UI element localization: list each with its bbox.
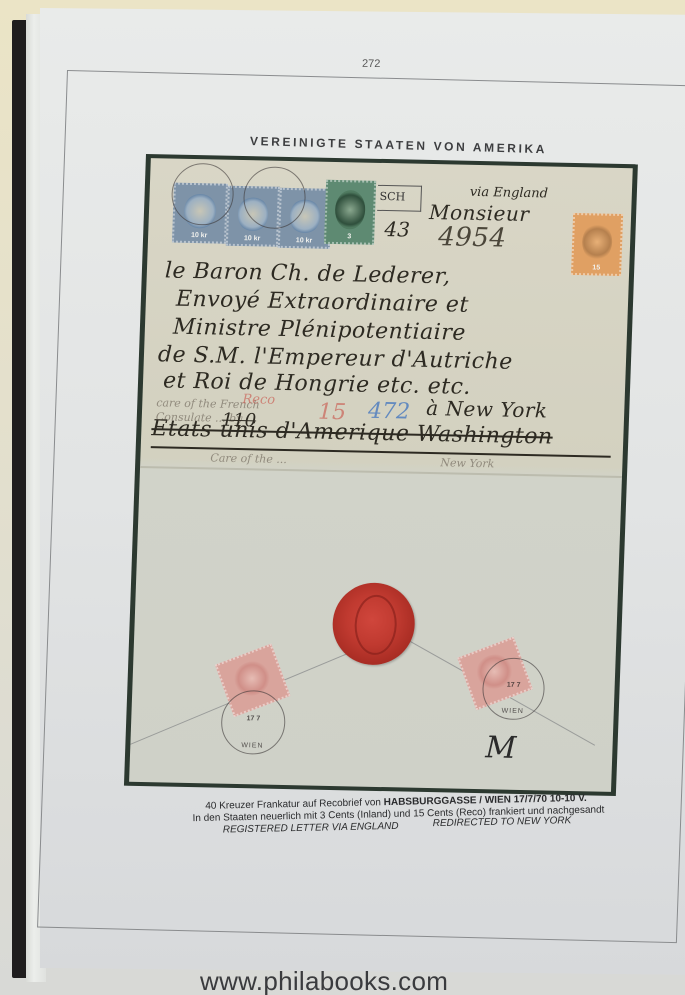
address-line-2: Envoyé Extraordinaire et xyxy=(176,287,470,318)
address-number: 4954 xyxy=(438,222,507,253)
postal-cover: 10 kr 10 kr 10 kr 3 15 SCH 43 via Englan… xyxy=(129,158,633,792)
stamp-usa-3c: 3 xyxy=(324,180,376,245)
registration-number: 43 xyxy=(384,217,410,242)
red-reco-mark: Reco xyxy=(242,392,275,408)
bottom-faint-note-right: New York xyxy=(440,456,494,470)
bottom-faint-note: Care of the ... xyxy=(210,451,287,466)
struck-number: 110 xyxy=(221,410,256,432)
address-line-3: Ministre Plénipotentiaire xyxy=(173,315,467,346)
route-note: via England xyxy=(470,185,549,202)
portrait-icon xyxy=(582,223,613,261)
signature: M xyxy=(485,730,517,766)
address-line-new-york: à New York xyxy=(426,396,548,423)
portrait-icon xyxy=(335,190,366,229)
wax-seal xyxy=(331,582,416,666)
address-line-1: le Baron Ch. de Lederer, xyxy=(164,258,451,289)
address-line-5: et Roi de Hongrie etc. etc. xyxy=(163,368,472,399)
red-crayon-15: 15 xyxy=(318,400,347,426)
fold-line xyxy=(140,466,622,478)
cover-mount: 10 kr 10 kr 10 kr 3 15 SCH 43 via Englan… xyxy=(124,154,638,796)
postmark-back-right: 17 7 WIEN xyxy=(481,657,545,720)
stamp-usa-15c: 15 xyxy=(571,213,623,276)
watermark-url: www.philabooks.com xyxy=(200,966,448,995)
blue-number: 472 xyxy=(368,399,411,425)
registration-label: SCH xyxy=(377,185,422,212)
postmark-back-left: 17 7 WIEN xyxy=(220,690,286,755)
page-number: 272 xyxy=(362,58,380,70)
